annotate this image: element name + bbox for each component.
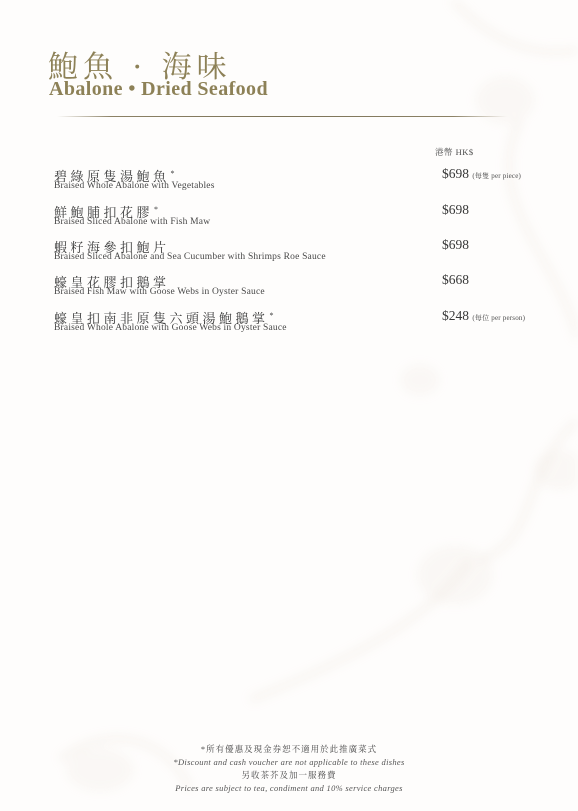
floral-watermark: [0, 0, 578, 811]
footer-service-note-cn: 另收茶芥及加一服務費: [0, 769, 578, 781]
item-asterisk: *: [154, 205, 158, 214]
footer-service-note: 另收茶芥及加一服務費 Prices are subject to tea, co…: [0, 769, 578, 793]
item-price: $698: [442, 237, 469, 253]
item-name-en: Braised Fish Maw with Goose Webs in Oyst…: [54, 287, 265, 297]
item-asterisk: *: [171, 169, 175, 178]
item-price: $668: [442, 272, 469, 288]
item-price: $698 (每隻 per piece): [442, 166, 521, 182]
menu-page: 鮑魚 · 海味 Abalone • Dried Seafood 港幣 HK$ 碧…: [0, 0, 578, 811]
item-price: $248 (每位 per person): [442, 308, 525, 324]
item-name-en: Braised Sliced Abalone with Fish Maw: [54, 217, 210, 227]
item-name-en: Braised Sliced Abalone and Sea Cucumber …: [54, 252, 326, 262]
item-price: $698: [442, 202, 469, 218]
page-title-english: Abalone • Dried Seafood: [49, 78, 268, 101]
footer-discount-note-cn: *所有優惠及現金券恕不適用於此推廣菜式: [0, 743, 578, 755]
item-asterisk: *: [270, 311, 274, 320]
item-name-en: Braised Whole Abalone with Vegetables: [54, 181, 215, 191]
footer-service-note-en: Prices are subject to tea, condiment and…: [0, 783, 578, 793]
item-price-value: $248: [442, 308, 469, 323]
item-price-value: $668: [442, 272, 469, 287]
item-price-value: $698: [442, 166, 469, 181]
currency-label: 港幣 HK$: [435, 146, 474, 158]
header-divider: [57, 116, 507, 117]
item-price-value: $698: [442, 202, 469, 217]
item-name-en: Braised Whole Abalone with Goose Webs in…: [54, 323, 287, 333]
item-price-note: (每隻 per piece): [472, 172, 521, 180]
footer-discount-note: *所有優惠及現金券恕不適用於此推廣菜式 *Discount and cash v…: [0, 743, 578, 767]
footer-discount-note-en: *Discount and cash voucher are not appli…: [0, 757, 578, 767]
item-price-value: $698: [442, 237, 469, 252]
item-price-note: (每位 per person): [472, 314, 525, 322]
